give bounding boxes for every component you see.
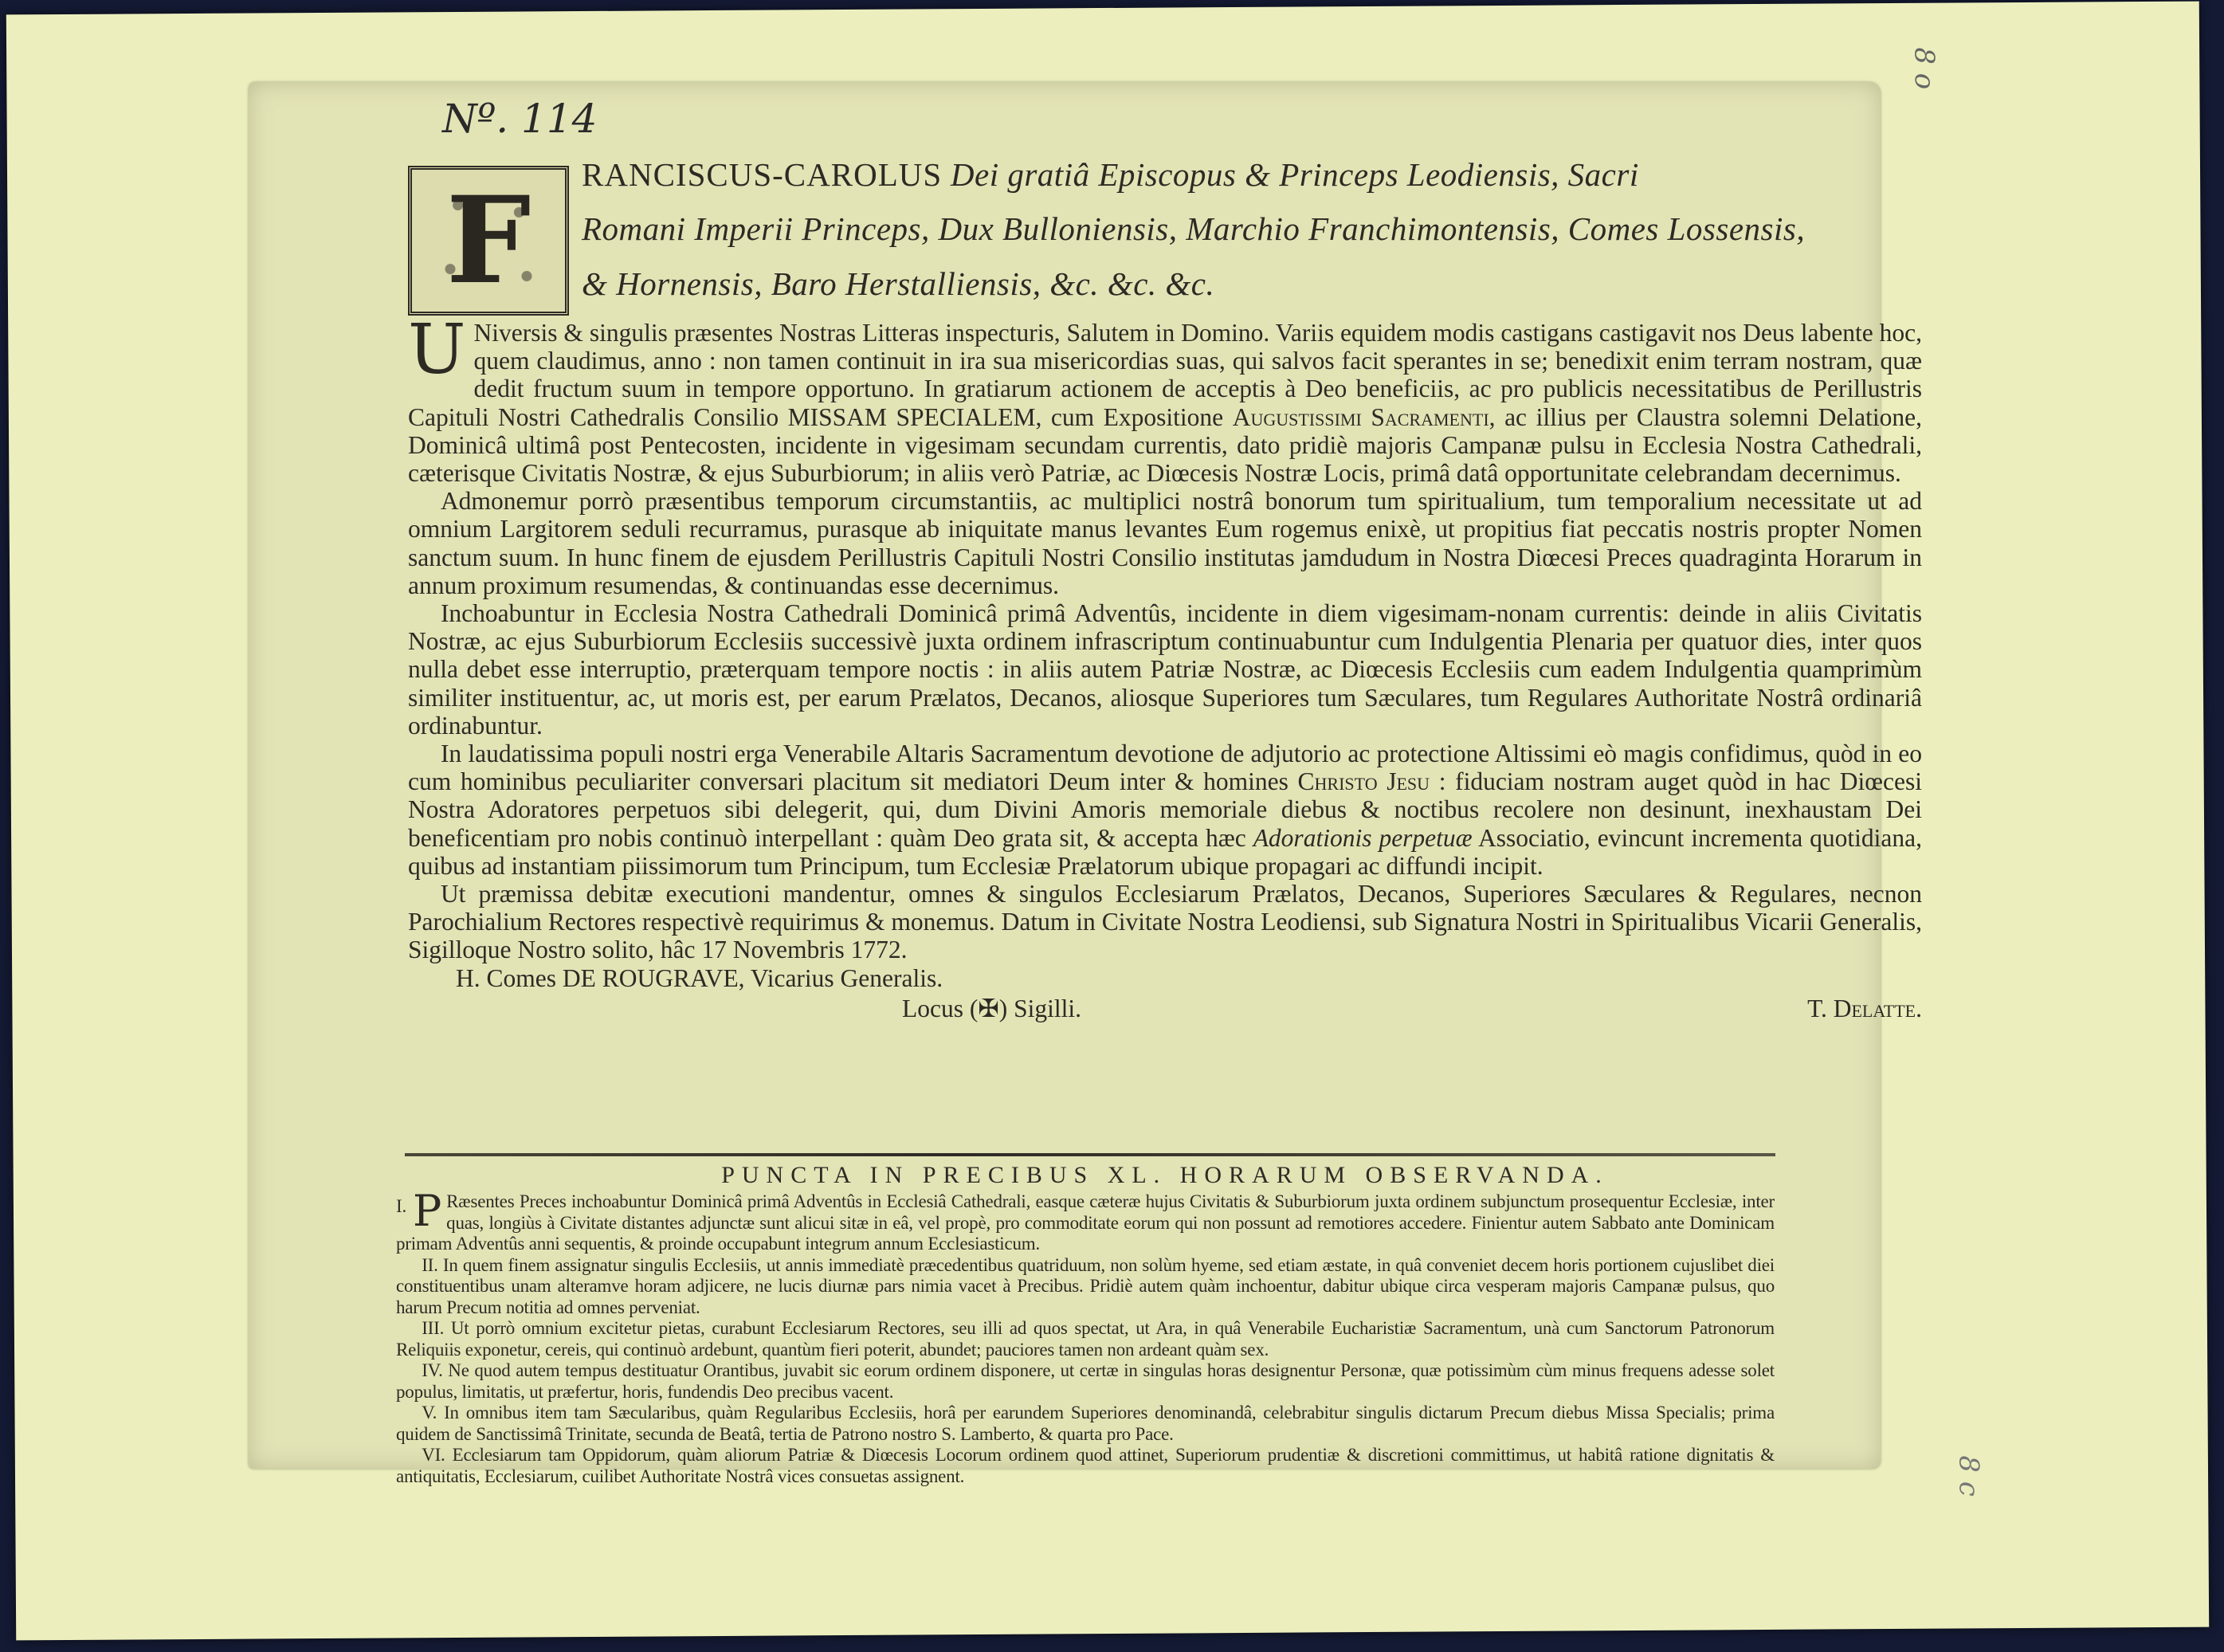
handwritten-number: Nº. 114 (442, 96, 597, 142)
puncta-item-6: VI. Ecclesiarum tam Oppidorum, quàm alio… (396, 1445, 1775, 1487)
puncta-item-5: V. In omnibus item tam Sæcularibus, quàm… (396, 1403, 1775, 1445)
paragraph-3: Inchoabuntur in Ecclesia Nostra Cathedra… (408, 599, 1922, 740)
initial-p: P (413, 1193, 441, 1230)
christo-jesu: Christo Jesu (1298, 767, 1430, 795)
heading-line-2: Romani Imperii Princeps, Dux Bulloniensi… (582, 210, 1805, 248)
signature-block: H. Comes DE ROUGRAVE, Vicarius Generalis… (408, 964, 1922, 992)
mount-mark-bottom: 8 c (1953, 1455, 1983, 1497)
section-divider (405, 1153, 1775, 1156)
sacramenti-smallcaps: Augustissimi Sacramenti (1233, 403, 1489, 431)
item-1-text: Ræsentes Preces inchoabuntur Dominicâ pr… (396, 1191, 1775, 1254)
puncta-item-3: III. Ut porrò omnium excitetur pietas, c… (396, 1318, 1775, 1360)
dropcap-letter: F (446, 181, 531, 300)
mount-mark-top: 8 o (1908, 47, 1940, 89)
paragraph-4: In laudatissima populi nostri erga Vener… (408, 740, 1922, 880)
heading-line-3: & Hornensis, Baro Herstalliensis, &c. &c… (582, 265, 1214, 303)
puncta-title: PUNCTA IN PRECIBUS XL. HORARUM OBSERVAND… (408, 1162, 1922, 1189)
vicar-signature: H. Comes DE ROUGRAVE, Vicarius Generalis… (456, 964, 943, 992)
paragraph-2: Admonemur porrò præsentibus temporum cir… (408, 487, 1922, 599)
decree-body: U Niversis & singulis præsentes Nostras … (408, 319, 1922, 992)
heading-titles: Dei gratiâ Episcopus & Princeps Leodiens… (951, 156, 1639, 193)
paragraph-5: Ut præmissa debitæ executioni mandentur,… (408, 880, 1922, 964)
secretary-signature: T. Delatte. (1807, 995, 1922, 1022)
item-1-number: I. (396, 1196, 406, 1218)
puncta-item-1: I. P Ræsentes Preces inchoabuntur Domini… (396, 1191, 1775, 1255)
puncta-item-4: IV. Ne quod autem tempus destituatur Ora… (396, 1360, 1775, 1403)
heading-line-1: RANCISCUS-CAROLUS Dei gratiâ Episcopus &… (582, 155, 1639, 194)
puncta-list: I. P Ræsentes Preces inchoabuntur Domini… (396, 1191, 1775, 1487)
adorationis-italic: Adorationis perpetuæ (1253, 824, 1473, 852)
ornamental-dropcap: F (408, 166, 569, 316)
initial-u: U (408, 322, 465, 378)
puncta-item-2: II. In quem finem assignatur singulis Ec… (396, 1255, 1775, 1319)
seal-location: Locus (✠) Sigilli. (902, 995, 1081, 1022)
heading-name: RANCISCUS-CAROLUS (582, 156, 942, 193)
paragraph-1: U Niversis & singulis præsentes Nostras … (408, 319, 1922, 487)
